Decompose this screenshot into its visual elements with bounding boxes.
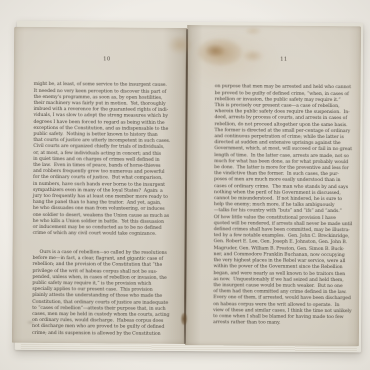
- right-page-paragraph-1: on purpose that men may be arrested and …: [213, 85, 353, 328]
- photo-backdrop: 10 11 might be, at least, of some servic…: [0, 0, 370, 370]
- right-page-text: on purpose that men may be arrested and …: [213, 72, 353, 340]
- left-page-paragraph-1: might be, at least, of some service to t…: [33, 82, 180, 238]
- left-page-text: might be, at least, of some service to t…: [32, 70, 180, 350]
- page-number-right: 11: [215, 56, 353, 63]
- left-page-paragraph-2: Ours is a case of rebellion—so called by…: [32, 250, 179, 338]
- open-pamphlet: 10 11 might be, at least, of some servic…: [11, 21, 365, 355]
- page-number-left: 10: [34, 56, 180, 63]
